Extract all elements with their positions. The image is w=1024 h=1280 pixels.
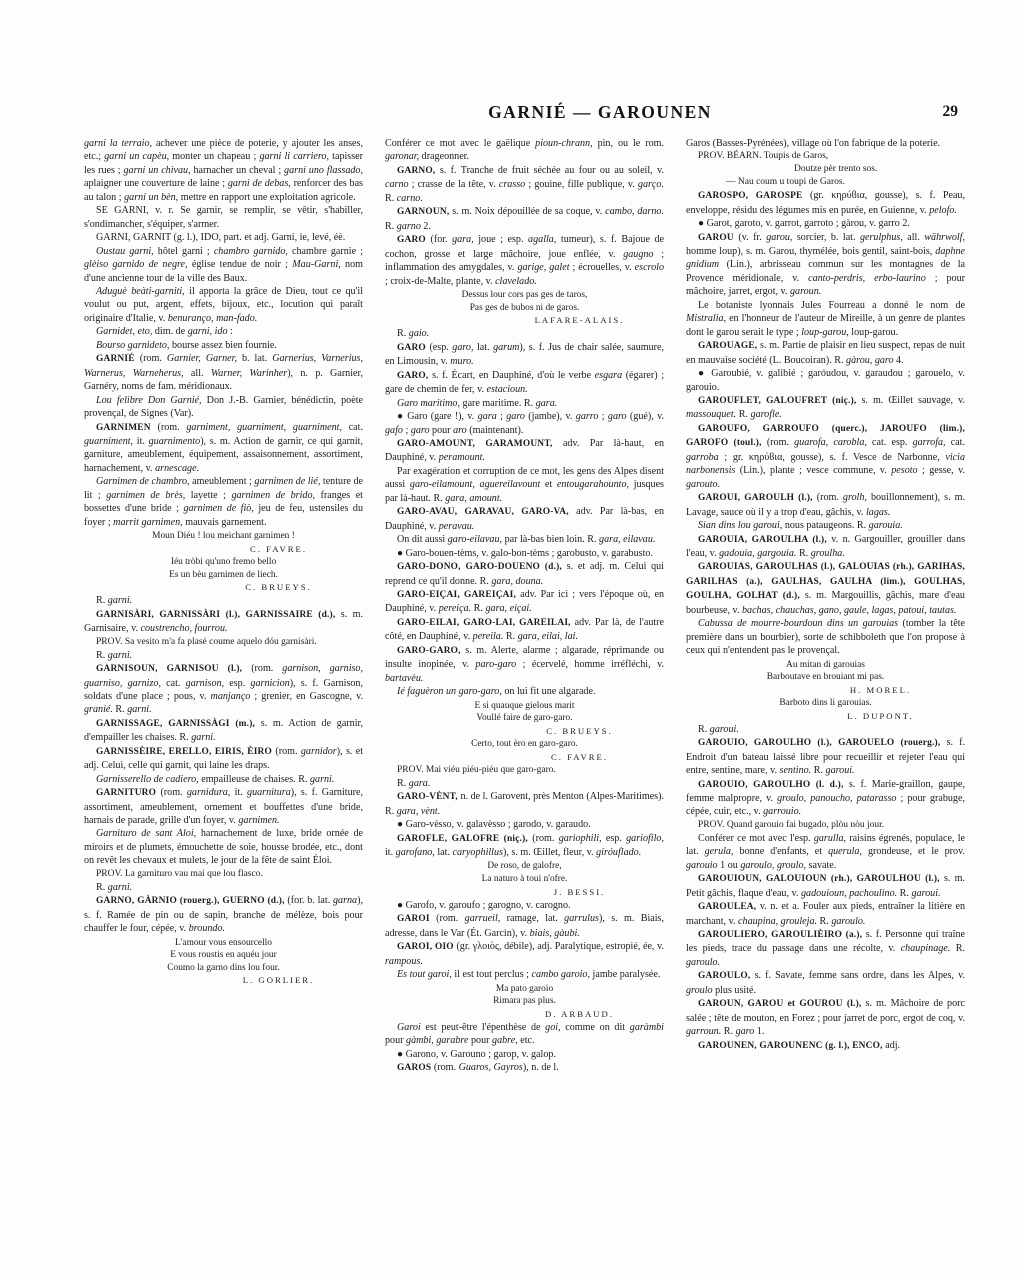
- dictionary-entry: GAROULIERO, GAROULIÈIRO (a.), s. f. Pers…: [686, 928, 965, 969]
- cross-reference: R. garni.: [84, 594, 363, 607]
- headword: GARNIÉ: [96, 354, 140, 364]
- dictionary-entry: GARNISÀRI, GARNISSÀRI (l.), GARNISSAIRE …: [84, 608, 363, 636]
- paragraph: Ié faguèron un garo-garo, on lui fit une…: [385, 685, 664, 698]
- paragraph: SE GARNI, v. r. Se garnir, se remplir, s…: [84, 204, 363, 231]
- verse-block: E si quauque gielous maritVoullé faire d…: [385, 700, 664, 737]
- verse-line: Es un bèu garnimen de liech.: [84, 569, 363, 582]
- paragraph: Garo maritimo, gare maritime. R. gara.: [385, 397, 664, 410]
- dictionary-entry: GARO (for. gara, joue ; esp. agalla, tum…: [385, 233, 664, 288]
- headword: GAROI, OIO: [397, 942, 456, 952]
- headword: GAROUI, GAROULH (l.),: [698, 493, 817, 503]
- verse-attribution: L. DUPONT.: [686, 710, 965, 722]
- paragraph: ● Garono, v. Garouno ; garop, v. galop.: [385, 1048, 664, 1061]
- column-3: Garos (Basses-Pyrénées), village où l'on…: [686, 137, 965, 1232]
- dictionary-entry: GAROUN, GAROU et GOUROU (l.), s. m. Mâch…: [686, 997, 965, 1038]
- running-head: GARNIÉ — GAROUNEN 29: [84, 102, 964, 128]
- dictionary-entry: GARO-DONO, GARO-DOUENO (d.), s. et adj. …: [385, 560, 664, 588]
- dictionary-entry: GAROULO, s. f. Savate, femme sans ordre,…: [686, 969, 965, 997]
- verse-attribution: C. FAVRE.: [84, 543, 363, 555]
- page-number: 29: [943, 103, 959, 121]
- verse-attribution: H. MOREL.: [686, 684, 965, 696]
- paragraph: On dit aussi garo-eilavau, par là-bas bi…: [385, 533, 664, 546]
- verse-line: Rimara pas plus.: [385, 995, 664, 1008]
- verse-line: Ma pato garoio: [385, 983, 664, 996]
- headword: GAROULO,: [698, 971, 755, 981]
- verse-attribution: LAFARE-ALAIS.: [385, 314, 664, 326]
- dictionary-entry: GAROUIOUN, GALOUIOUN (rh.), GAROULHOU (l…: [686, 872, 965, 900]
- verse-line: Moun Diéu ! lou meichant garnimen !: [84, 530, 363, 543]
- headword: GAROFLE, GALOFRE (niç.),: [397, 834, 532, 844]
- paragraph: Garos (Basses-Pyrénées), village où l'on…: [686, 137, 965, 150]
- headword: GAROSPO, GAROSPE: [698, 191, 810, 201]
- verse-line: E si quauque gielous marit: [385, 700, 664, 713]
- paragraph: Aduguè beàti-garniti, il apporta la grâc…: [84, 285, 363, 325]
- headword: GARO: [397, 235, 430, 245]
- dictionary-entry: GARO-VÈNT, n. de l. Garovent, près Mento…: [385, 790, 664, 818]
- proverb-line: PROV. BÉARN. Toupis de Garos,: [686, 150, 965, 163]
- proverb: PROV. Quand garouio fai bugado, plòu nòu…: [686, 819, 965, 832]
- paragraph: Es tout garoi, il est tout perclus ; cam…: [385, 968, 664, 981]
- verse-line: Coumo la garno dins lou four.: [84, 962, 363, 975]
- headword: GAROULEA,: [698, 902, 760, 912]
- dictionary-entry: GAROI (rom. garrueil, ramage, lat. garru…: [385, 912, 664, 940]
- dictionary-entry: GARO-AVAU, GARAVAU, GARO-VA, adv. Par là…: [385, 505, 664, 533]
- verse-attribution: L. GORLIER.: [84, 974, 363, 986]
- dictionary-entry: GARNOUN, s. m. Noix dépouillée de sa coq…: [385, 205, 664, 233]
- dictionary-entry: GAROU (v. fr. garou, sorcier, b. lat. ge…: [686, 231, 965, 299]
- headword: GARNOUN,: [397, 207, 452, 217]
- paragraph: Par exagération et corruption de ce mot,…: [385, 465, 664, 505]
- dictionary-entry: GAROUFLET, GALOUFRET (niç.), s. m. Œille…: [686, 394, 965, 422]
- headword: GARNO,: [397, 166, 440, 176]
- headword: GAROI: [397, 914, 436, 924]
- dictionary-entry: GARNITURO (rom. garnidura, it. guarnitur…: [84, 786, 363, 827]
- headword: GAROUIO, GAROULHO (l. d.),: [698, 780, 849, 790]
- paragraph: ● Garofo, v. garoufo ; garogno, v. carog…: [385, 899, 664, 912]
- dictionary-entry: GARNO, GÀRNIO (rouerg.), GUERNO (d.), (f…: [84, 894, 363, 935]
- headword: GAROUNEN, GAROUNENC (g. l.), ENCO,: [698, 1041, 885, 1051]
- dictionary-entry: GAROUIO, GAROULHO (l. d.), s. f. Marie-g…: [686, 778, 965, 819]
- headword: GAROU: [698, 233, 738, 243]
- verse-attribution: C. BRUEYS.: [84, 581, 363, 593]
- paragraph: Sian dins lou garoui, nous pataugeons. R…: [686, 519, 965, 532]
- paragraph: GARNI, GARNIT (g. l.), IDO, part. et adj…: [84, 231, 363, 244]
- headword: GAROUIOUN, GALOUIOUN (rh.), GAROULHOU (l…: [698, 874, 944, 884]
- verse-line: L'amour vous ensourcello: [84, 937, 363, 950]
- headword: GAROUIAS, GAROULHAS (l.), GALOUIAS (rh.)…: [686, 562, 965, 601]
- paragraph: garni la terraio, achever une pièce de p…: [84, 137, 363, 204]
- paragraph: ● Garot, garoto, v. garrot, garroto ; gà…: [686, 217, 965, 230]
- column-1: garni la terraio, achever une pièce de p…: [84, 137, 363, 1232]
- proverb: PROV. Mai viéu piéu-piéu que garo-garo.: [385, 764, 664, 777]
- headword: GARNISSÈIRE, ERELLO, EIRIS, ÈIRO: [96, 747, 275, 757]
- dictionary-entry: GARO-GARO, s. m. Alerte, alarme ; algara…: [385, 644, 664, 685]
- verse-line: Certo, tout èro en garo-garo.: [385, 738, 664, 751]
- headword: GARO: [397, 343, 429, 353]
- headword: GAROS: [397, 1063, 434, 1073]
- verse-line: La naturo à toui n'ofre.: [385, 873, 664, 886]
- paragraph: Le botaniste lyonnais Jules Fourreau a d…: [686, 299, 965, 339]
- paragraph: Garoi est peut-être l'épenthèse de goi, …: [385, 1021, 664, 1048]
- verse-block: Barboto dins li garouias.L. DUPONT.: [686, 697, 965, 722]
- proverb: PROV. La garnituro vau mai que lou flasc…: [84, 868, 363, 881]
- headword: GAROULIERO, GAROULIÈIRO (a.),: [698, 930, 866, 940]
- headword: GARO-DONO, GARO-DOUENO (d.),: [397, 562, 567, 572]
- paragraph: Garnimen de chambro, ameublement ; garni…: [84, 475, 363, 529]
- paragraph: ● Garo-bouen-tèms, v. galo-bon-tèms ; ga…: [385, 547, 664, 560]
- paragraph: Cabussa de mourre-bourdoun dins un garou…: [686, 617, 965, 657]
- verse-block: Iéu tròbi qu'uno fremo belloEs un bèu ga…: [84, 556, 363, 593]
- verse-line: Pas ges de bubos ni de garos.: [385, 302, 664, 315]
- verse-block: Ma pato garoioRimara pas plus.D. ARBAUD.: [385, 983, 664, 1020]
- dictionary-entry: GARNO, s. f. Tranche de fruit séchée au …: [385, 164, 664, 205]
- dictionary-entry: GAROUI, GAROULH (l.), (rom. grolh, bouil…: [686, 491, 965, 519]
- paragraph: Lou felibre Don Garnié, Don J.-B. Garnie…: [84, 394, 363, 421]
- paragraph: Garnisserello de cadiero, empailleuse de…: [84, 773, 363, 786]
- proverb: PROV. Sa vesito m'a fa plasé coume aquel…: [84, 636, 363, 649]
- cross-reference: R. gaio.: [385, 327, 664, 340]
- dictionary-entry: GAROUFO, GARROUFO (querc.), JAROUFO (lim…: [686, 422, 965, 491]
- paragraph: Conférer ce mot avec l'esp. garulla, rai…: [686, 832, 965, 872]
- dictionary-entry: GAROUIO, GAROULHO (l.), GAROUELO (rouerg…: [686, 736, 965, 777]
- headword: GARNITURO: [96, 788, 160, 798]
- headword: GAROUN, GAROU et GOUROU (l.),: [698, 999, 866, 1009]
- headword: GARO-EILAI, GARO-LAI, GAREILAI,: [397, 618, 575, 628]
- headword: GAROUAGE,: [698, 341, 760, 351]
- verse-attribution: C. FAVRE.: [385, 751, 664, 763]
- dictionary-entry: GAROUAGE, s. m. Partie de plaisir en lie…: [686, 339, 965, 367]
- paragraph: ● Garo (gare !), v. gara ; garo (jambe),…: [385, 410, 664, 437]
- verse-attribution: C. BRUEYS.: [385, 725, 664, 737]
- verse-line: Au mitan di garouias: [686, 659, 965, 672]
- headword: GARO-GARO,: [397, 646, 465, 656]
- paragraph: Garnidet, eto, dim. de garni, ido :: [84, 325, 363, 338]
- verse-block: Dessus lour cors pas ges de taros,Pas ge…: [385, 289, 664, 326]
- dictionary-entry: GAROUIAS, GAROULHAS (l.), GALOUIAS (rh.)…: [686, 560, 965, 617]
- headword: GARO-AVAU, GARAVAU, GARO-VA,: [397, 507, 576, 517]
- text-columns: garni la terraio, achever une pièce de p…: [84, 137, 965, 1232]
- dictionary-entry: GARNIMEN (rom. garniment, guarniment, gu…: [84, 421, 363, 476]
- paragraph: ● Garoubié, v. galibié ; garóudou, v. ga…: [686, 367, 965, 394]
- paragraph: ● Garo-vèsso, v. galavèsso ; garodo, v. …: [385, 818, 664, 831]
- headword: GARO,: [397, 371, 432, 381]
- proverb-line: Doutze pèr trento sos.: [686, 163, 965, 176]
- dictionary-entry: GAROS (rom. Guaros, Gayros), n. de l.: [385, 1061, 664, 1075]
- dictionary-entry: GAROFLE, GALOFRE (niç.), (rom. gariophil…: [385, 832, 664, 860]
- dictionary-entry: GARNISSAGE, GARNISSÀGI (m.), s. m. Actio…: [84, 717, 363, 745]
- verse-block: Au mitan di garouiasBarboutave en brouia…: [686, 659, 965, 696]
- headword: GARO-AMOUNT, GARAMOUNT,: [397, 439, 563, 449]
- proverb-line: — Nau coum u toupi de Garos.: [686, 176, 965, 189]
- paragraph: Garnituro de sant Aloi, harnachement de …: [84, 827, 363, 867]
- headword: GARO-VÈNT,: [397, 792, 460, 802]
- dictionary-entry: GAROI, OIO (gr. γλοιὸς, débile), adj. Pa…: [385, 940, 664, 968]
- paragraph: Conférer ce mot avec le gaëlique pioun-c…: [385, 137, 664, 164]
- headword: GAROUIA, GAROULHA (l.),: [698, 535, 831, 545]
- dictionary-entry: GARNISSÈIRE, ERELLO, EIRIS, ÈIRO (rom. g…: [84, 745, 363, 773]
- verse-block: L'amour vous ensourcelloE vous roustis e…: [84, 937, 363, 987]
- headword: GARNISSAGE, GARNISSÀGI (m.),: [96, 719, 261, 729]
- cross-reference: R. garni.: [84, 649, 363, 662]
- dictionary-entry: GARO (esp. garo, lat. garum), s. f. Jus …: [385, 341, 664, 369]
- dictionary-entry: GARNIÉ (rom. Garnier, Garner, b. lat. Ga…: [84, 352, 363, 393]
- verse-attribution: J. BESSI.: [385, 886, 664, 898]
- verse-line: De roso, de galofre,: [385, 860, 664, 873]
- verse-line: Voullé faire de garo-garo.: [385, 712, 664, 725]
- verse-attribution: D. ARBAUD.: [385, 1008, 664, 1020]
- dictionary-page: GARNIÉ — GAROUNEN 29 garni la terraio, a…: [0, 0, 1024, 1280]
- column-2: Conférer ce mot avec le gaëlique pioun-c…: [385, 137, 664, 1232]
- dictionary-entry: GAROUIA, GAROULHA (l.), v. n. Gargouille…: [686, 533, 965, 561]
- dictionary-entry: GARNISOUN, GARNISOU (l.), (rom. garnison…: [84, 662, 363, 717]
- verse-line: Barboto dins li garouias.: [686, 697, 965, 710]
- paragraph: Bourso garnideto, bourse assez bien four…: [84, 339, 363, 352]
- dictionary-entry: GAROSPO, GAROSPE (gr. κηρύϐια, gousse), …: [686, 189, 965, 217]
- verse-line: Dessus lour cors pas ges de taros,: [385, 289, 664, 302]
- cross-reference: R. garni.: [84, 881, 363, 894]
- dictionary-entry: GAROUNEN, GAROUNENC (g. l.), ENCO, adj.: [686, 1039, 965, 1053]
- headword: GAROUFLET, GALOUFRET (niç.),: [698, 396, 861, 406]
- cross-reference: R. gara.: [385, 777, 664, 790]
- verse-block: Moun Diéu ! lou meichant garnimen !C. FA…: [84, 530, 363, 555]
- headword: GARNIMEN: [96, 423, 157, 433]
- headword: GARNISÀRI, GARNISSÀRI (l.), GARNISSAIRE …: [96, 610, 341, 620]
- paragraph: Oustau garni, hôtel garni ; chambro garn…: [84, 245, 363, 285]
- verse-block: De roso, de galofre,La naturo à toui n'o…: [385, 860, 664, 897]
- verse-line: Barboutave en brouiant mi pas.: [686, 671, 965, 684]
- verse-line: E vous roustis en aquéu jour: [84, 949, 363, 962]
- dictionary-entry: GARO-EIÇAI, GAREIÇAI, adv. Par ici ; ver…: [385, 588, 664, 616]
- cross-reference: R. garoui.: [686, 723, 965, 736]
- headword: GARNO, GÀRNIO (rouerg.), GUERNO (d.),: [96, 896, 287, 906]
- verse-line: Iéu tròbi qu'uno fremo bello: [84, 556, 363, 569]
- page-title: GARNIÉ — GAROUNEN: [320, 102, 880, 123]
- verse-block: Certo, tout èro en garo-garo.C. FAVRE.: [385, 738, 664, 763]
- headword: GAROUIO, GAROULHO (l.), GAROUELO (rouerg…: [698, 738, 947, 748]
- dictionary-entry: GAROULEA, v. n. et a. Fouler aux pieds, …: [686, 900, 965, 928]
- headword: GARO-EIÇAI, GAREIÇAI,: [397, 590, 520, 600]
- dictionary-entry: GARO-AMOUNT, GARAMOUNT, adv. Par là-haut…: [385, 437, 664, 465]
- headword: GARNISOUN, GARNISOU (l.),: [96, 664, 251, 674]
- dictionary-entry: GARO-EILAI, GARO-LAI, GAREILAI, adv. Par…: [385, 616, 664, 644]
- dictionary-entry: GARO, s. f. Écart, en Dauphiné, d'où le …: [385, 369, 664, 397]
